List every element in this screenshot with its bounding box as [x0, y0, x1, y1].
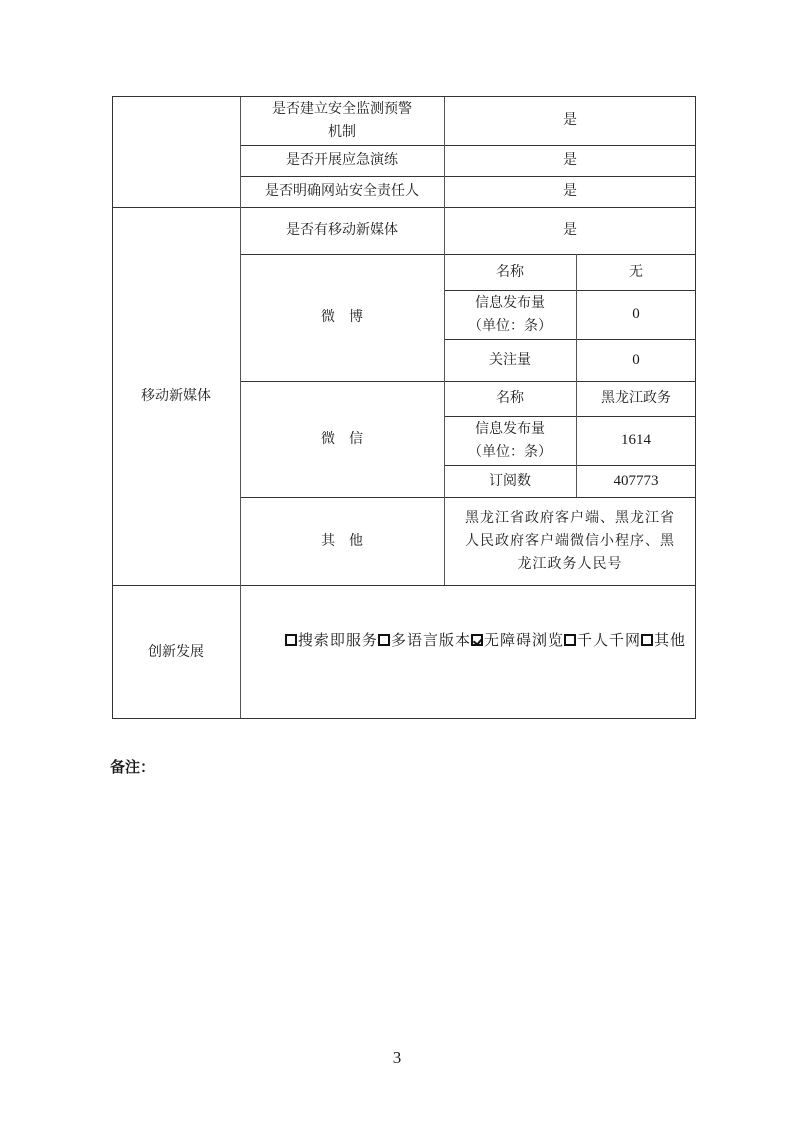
other-media-value: 黑龙江省政府客户端、黑龙江省 人民政府客户端微信小程序、黑 龙江政务人民号 [444, 497, 696, 585]
security-monitoring-label: 是否建立安全监测预警 机制 [240, 96, 444, 145]
emergency-drill-label: 是否开展应急演练 [240, 145, 444, 176]
wechat-name-label: 名称 [444, 381, 576, 416]
wechat-label: 微 信 [240, 381, 444, 497]
weibo-label: 微 博 [240, 254, 444, 381]
value-line: 黑龙江省政府客户端、黑龙江省 [465, 507, 675, 530]
label-line: 是否建立安全监测预警 [272, 98, 412, 121]
wechat-name-value: 黑龙江政务 [576, 381, 696, 416]
label-line: 信息发布量 [475, 292, 545, 315]
security-officer-label: 是否明确网站安全责任人 [240, 176, 444, 207]
value-line: 龙江政务人民号 [518, 553, 623, 576]
option-label: 千人千网 [577, 631, 641, 649]
wechat-posts-label: 信息发布量 （单位：条） [444, 416, 576, 465]
weibo-follow-label: 关注量 [444, 339, 576, 381]
option-multilingual[interactable]: 多语言版本 [378, 629, 471, 652]
option-search-service[interactable]: 搜索即服务 [285, 629, 378, 652]
checkbox-icon[interactable] [641, 634, 653, 646]
checkbox-icon[interactable] [564, 634, 576, 646]
note-label: 备注： [110, 756, 155, 777]
value-line: 人民政府客户端微信小程序、黑 [465, 530, 675, 553]
media-section-label: 移动新媒体 [112, 207, 240, 585]
has-media-value: 是 [444, 207, 696, 254]
checkbox-icon[interactable] [378, 634, 390, 646]
option-other[interactable]: 其他 [641, 629, 686, 652]
label-line: 信息发布量 [475, 418, 545, 441]
option-label: 多语言版本 [391, 631, 471, 649]
label-line: （单位：条） [468, 441, 552, 464]
option-label: 无障碍浏览 [484, 631, 564, 649]
security-officer-value: 是 [444, 176, 696, 207]
option-label: 其他 [654, 631, 686, 649]
weibo-posts-value: 0 [576, 290, 696, 339]
label-line: （单位：条） [468, 315, 552, 338]
page-number: 3 [0, 1048, 794, 1068]
other-media-label: 其 他 [240, 497, 444, 585]
option-personalized[interactable]: 千人千网 [564, 629, 641, 652]
innovation-section-label: 创新发展 [112, 585, 240, 719]
weibo-name-value: 无 [576, 254, 696, 290]
security-monitoring-value: 是 [444, 96, 696, 145]
wechat-subs-value: 407773 [576, 465, 696, 497]
weibo-follow-value: 0 [576, 339, 696, 381]
checkbox-icon[interactable] [285, 634, 297, 646]
option-label: 搜索即服务 [298, 631, 378, 649]
innovation-options: 搜索即服务 多语言版本 无障碍浏览 千人千网 其他 [240, 585, 696, 719]
weibo-posts-label: 信息发布量 （单位：条） [444, 290, 576, 339]
wechat-posts-value: 1614 [576, 416, 696, 465]
checkbox-checked-icon[interactable] [471, 634, 483, 646]
report-table: 是否建立安全监测预警 机制 是 是否开展应急演练 是 是否明确网站安全责任人 是… [112, 96, 696, 719]
label-line: 机制 [328, 121, 356, 144]
option-accessibility[interactable]: 无障碍浏览 [471, 629, 564, 652]
has-media-label: 是否有移动新媒体 [240, 207, 444, 254]
emergency-drill-value: 是 [444, 145, 696, 176]
weibo-name-label: 名称 [444, 254, 576, 290]
wechat-subs-label: 订阅数 [444, 465, 576, 497]
